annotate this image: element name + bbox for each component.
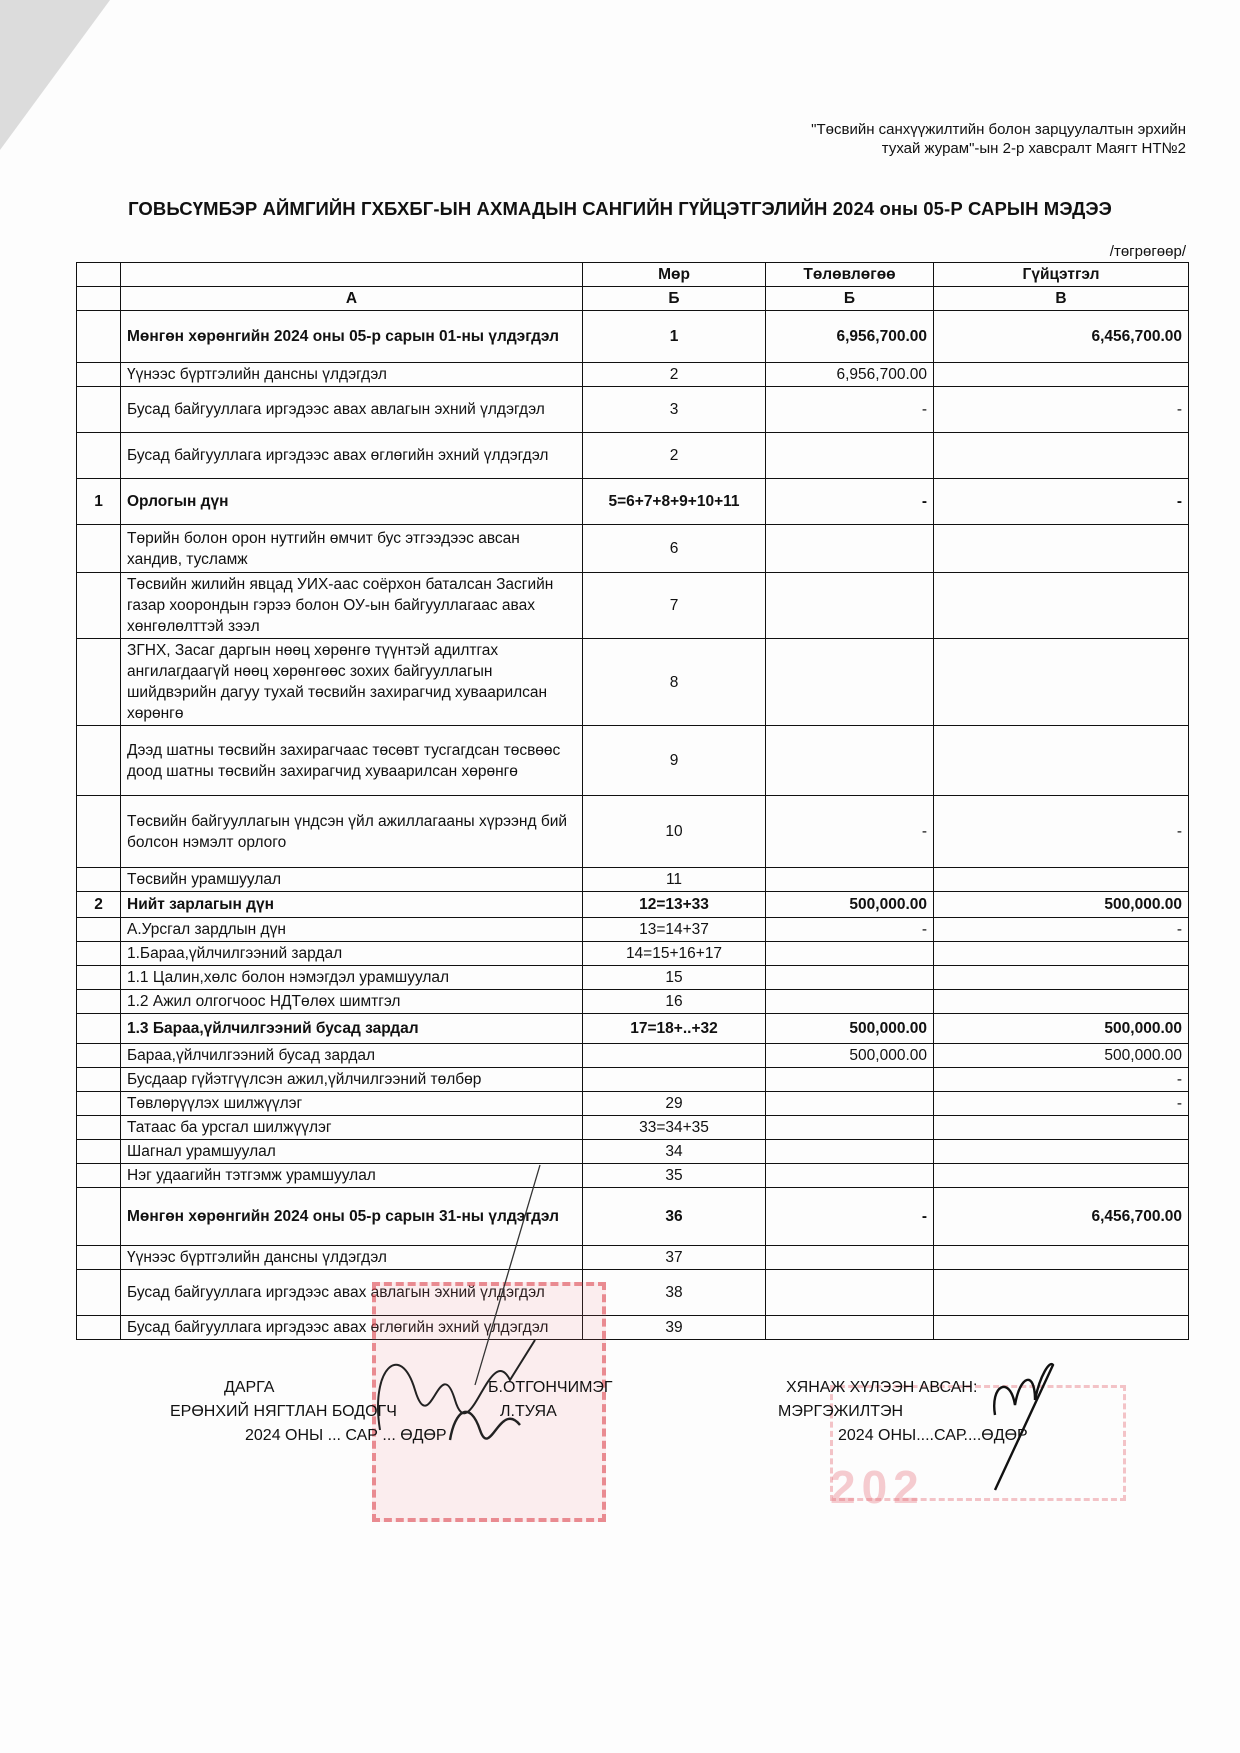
row-number xyxy=(77,966,121,990)
table-row: Дээд шатны төсвийн захирагчаас төсөвт ту… xyxy=(77,726,1189,796)
table-row: ЗГНХ, Засаг даргын нөөц хөрөнгө түүнтэй … xyxy=(77,639,1189,726)
actual-amount xyxy=(934,726,1189,796)
row-number xyxy=(77,639,121,726)
row-number xyxy=(77,387,121,433)
row-code xyxy=(583,1068,766,1092)
table-row: Төсвийн урамшуулал11 xyxy=(77,868,1189,892)
row-description: Төсвийн байгууллагын үндсэн үйл ажиллага… xyxy=(121,796,583,868)
row-code: 7 xyxy=(583,573,766,639)
actual-amount: - xyxy=(934,479,1189,525)
report-table: Мөр Төлөвлөгөө Гүйцэтгэл А Б Б В Мөнгөн … xyxy=(76,262,1189,1340)
header-plan: Төлөвлөгөө xyxy=(766,263,934,287)
row-code: 10 xyxy=(583,796,766,868)
row-number xyxy=(77,311,121,363)
actual-amount xyxy=(934,1316,1189,1340)
regulation-line-1: "Төсвийн санхүүжилтийн болон зарцуулалты… xyxy=(811,120,1186,139)
row-description: Бараа,үйлчилгээний бусад зардал xyxy=(121,1044,583,1068)
table-row: Бараа,үйлчилгээний бусад зардал500,000.0… xyxy=(77,1044,1189,1068)
row-code: 2 xyxy=(583,363,766,387)
table-row: Нэг удаагийн тэтгэмж урамшуулал35 xyxy=(77,1164,1189,1188)
row-number xyxy=(77,1246,121,1270)
row-number xyxy=(77,1092,121,1116)
plan-amount xyxy=(766,1270,934,1316)
actual-amount: 500,000.00 xyxy=(934,1014,1189,1044)
code-row: Б xyxy=(583,287,766,311)
plan-amount: 500,000.00 xyxy=(766,1044,934,1068)
plan-amount xyxy=(766,990,934,1014)
row-description: Нийт зарлагын дүн xyxy=(121,892,583,918)
table-row: 1.2 Ажил олгогчоос НДТөлөх шимтгэл16 xyxy=(77,990,1189,1014)
table-row: Мөнгөн хөрөнгийн 2024 оны 05-р сарын 31-… xyxy=(77,1188,1189,1246)
actual-amount xyxy=(934,966,1189,990)
row-number xyxy=(77,363,121,387)
row-description: 1.1 Цалин,хөлс болон нэмэгдэл урамшуулал xyxy=(121,966,583,990)
actual-amount xyxy=(934,868,1189,892)
plan-amount xyxy=(766,1316,934,1340)
actual-amount xyxy=(934,1246,1189,1270)
table-row: Үүнээс бүртгэлийн дансны үлдэгдэл37 xyxy=(77,1246,1189,1270)
row-description: Төсвийн жилийн явцад УИХ-аас соёрхон бат… xyxy=(121,573,583,639)
row-code: 36 xyxy=(583,1188,766,1246)
header-name xyxy=(121,263,583,287)
row-number xyxy=(77,1316,121,1340)
plan-amount xyxy=(766,868,934,892)
table-row: Мөнгөн хөрөнгийн 2024 оны 05-р сарын 01-… xyxy=(77,311,1189,363)
row-code: 5=6+7+8+9+10+11 xyxy=(583,479,766,525)
table-row: 2Нийт зарлагын дүн12=13+33500,000.00500,… xyxy=(77,892,1189,918)
plan-amount: 6,956,700.00 xyxy=(766,311,934,363)
actual-amount xyxy=(934,573,1189,639)
row-code: 35 xyxy=(583,1164,766,1188)
row-code: 12=13+33 xyxy=(583,892,766,918)
row-code: 29 xyxy=(583,1092,766,1116)
actual-amount: - xyxy=(934,387,1189,433)
row-description: 1.2 Ажил олгогчоос НДТөлөх шимтгэл xyxy=(121,990,583,1014)
row-description: Дээд шатны төсвийн захирагчаас төсөвт ту… xyxy=(121,726,583,796)
document-title: ГОВЬСҮМБЭР АЙМГИЙН ГХБХБГ-ЫН АХМАДЫН САН… xyxy=(0,198,1240,220)
row-code: 34 xyxy=(583,1140,766,1164)
code-plan: Б xyxy=(766,287,934,311)
received-label: ХЯНАЖ ХҮЛЭЭН АВСАН: xyxy=(786,1376,977,1400)
table-row: 1Орлогын дүн5=6+7+8+9+10+11-- xyxy=(77,479,1189,525)
row-code: 37 xyxy=(583,1246,766,1270)
row-description: Бусад байгууллага иргэдээс авах авлагын … xyxy=(121,387,583,433)
specialist-signature-icon xyxy=(985,1355,1065,1495)
actual-amount xyxy=(934,525,1189,573)
row-number xyxy=(77,1116,121,1140)
actual-amount xyxy=(934,1270,1189,1316)
actual-amount: 6,456,700.00 xyxy=(934,311,1189,363)
signature-stroke-icon xyxy=(470,1160,550,1390)
row-number: 1 xyxy=(77,479,121,525)
plan-amount xyxy=(766,639,934,726)
row-code: 6 xyxy=(583,525,766,573)
row-number xyxy=(77,1164,121,1188)
row-description: ЗГНХ, Засаг даргын нөөц хөрөнгө түүнтэй … xyxy=(121,639,583,726)
row-number xyxy=(77,525,121,573)
row-number xyxy=(77,433,121,479)
header-row: Мөр xyxy=(583,263,766,287)
row-number xyxy=(77,918,121,942)
regulation-reference: "Төсвийн санхүүжилтийн болон зарцуулалты… xyxy=(811,120,1186,158)
table-row: 1.3 Бараа,үйлчилгээний бусад зардал17=18… xyxy=(77,1014,1189,1044)
row-number xyxy=(77,1270,121,1316)
plan-amount: - xyxy=(766,1188,934,1246)
row-description: Төвлөрүүлэх шилжүүлэг xyxy=(121,1092,583,1116)
plan-amount xyxy=(766,1246,934,1270)
table-row: 1.Бараа,үйлчилгээний зардал14=15+16+17 xyxy=(77,942,1189,966)
plan-amount xyxy=(766,1164,934,1188)
table-row: Бусад байгууллага иргэдээс авах авлагын … xyxy=(77,387,1189,433)
code-num xyxy=(77,287,121,311)
row-number: 2 xyxy=(77,892,121,918)
row-code: 33=34+35 xyxy=(583,1116,766,1140)
received-stamp-date: 202 xyxy=(830,1460,925,1514)
actual-amount: - xyxy=(934,918,1189,942)
plan-amount xyxy=(766,525,934,573)
row-code: 8 xyxy=(583,639,766,726)
code-actual: В xyxy=(934,287,1189,311)
table-row: Төсвийн жилийн явцад УИХ-аас соёрхон бат… xyxy=(77,573,1189,639)
table-row: А.Урсгал зардлын дүн13=14+37-- xyxy=(77,918,1189,942)
plan-amount xyxy=(766,1092,934,1116)
actual-amount: 500,000.00 xyxy=(934,1044,1189,1068)
plan-amount xyxy=(766,942,934,966)
actual-amount xyxy=(934,433,1189,479)
plan-amount: - xyxy=(766,796,934,868)
row-number xyxy=(77,573,121,639)
row-number xyxy=(77,990,121,1014)
row-number xyxy=(77,1014,121,1044)
row-code: 17=18+..+32 xyxy=(583,1014,766,1044)
actual-amount xyxy=(934,363,1189,387)
plan-amount: - xyxy=(766,387,934,433)
row-description: Бусад байгууллага иргэдээс авах өглөгийн… xyxy=(121,433,583,479)
actual-amount: 500,000.00 xyxy=(934,892,1189,918)
plan-amount: 500,000.00 xyxy=(766,1014,934,1044)
row-description: Төрийн болон орон нутгийн өмчит бус этгэ… xyxy=(121,525,583,573)
plan-amount xyxy=(766,726,934,796)
table-row: Төсвийн байгууллагын үндсэн үйл ажиллага… xyxy=(77,796,1189,868)
table-row: Татаас ба урсгал шилжүүлэг33=34+35 xyxy=(77,1116,1189,1140)
row-description: Мөнгөн хөрөнгийн 2024 оны 05-р сарын 01-… xyxy=(121,311,583,363)
plan-amount xyxy=(766,1068,934,1092)
row-number xyxy=(77,726,121,796)
currency-unit-label: /төгрөгөөр/ xyxy=(1110,243,1186,260)
row-code: 16 xyxy=(583,990,766,1014)
row-code: 13=14+37 xyxy=(583,918,766,942)
table-row: Шагнал урамшуулал34 xyxy=(77,1140,1189,1164)
plan-amount: - xyxy=(766,479,934,525)
row-number xyxy=(77,1140,121,1164)
plan-amount: 6,956,700.00 xyxy=(766,363,934,387)
row-code: 38 xyxy=(583,1270,766,1316)
row-number xyxy=(77,942,121,966)
table-code-row: А Б Б В xyxy=(77,287,1189,311)
row-description: 1.Бараа,үйлчилгээний зардал xyxy=(121,942,583,966)
page-corner-fold xyxy=(0,0,110,150)
row-code: 14=15+16+17 xyxy=(583,942,766,966)
plan-amount xyxy=(766,573,934,639)
row-code xyxy=(583,1044,766,1068)
row-code: 2 xyxy=(583,433,766,479)
table-row: Бусад байгууллага иргэдээс авах авлагын … xyxy=(77,1270,1189,1316)
header-actual: Гүйцэтгэл xyxy=(934,263,1189,287)
actual-amount xyxy=(934,639,1189,726)
table-row: Бусдаар гүйэтгүүлсэн ажил,үйлчилгээний т… xyxy=(77,1068,1189,1092)
actual-amount xyxy=(934,942,1189,966)
actual-amount xyxy=(934,990,1189,1014)
plan-amount xyxy=(766,1140,934,1164)
row-code: 11 xyxy=(583,868,766,892)
row-description: 1.3 Бараа,үйлчилгээний бусад зардал xyxy=(121,1014,583,1044)
row-code: 15 xyxy=(583,966,766,990)
plan-amount xyxy=(766,1116,934,1140)
row-number xyxy=(77,868,121,892)
table-row: 1.1 Цалин,хөлс болон нэмэгдэл урамшуулал… xyxy=(77,966,1189,990)
row-description: Бусдаар гүйэтгүүлсэн ажил,үйлчилгээний т… xyxy=(121,1068,583,1092)
table-row: Бусад байгууллага иргэдээс авах өглөгийн… xyxy=(77,433,1189,479)
actual-amount xyxy=(934,1164,1189,1188)
regulation-line-2: тухай журам"-ын 2-р хавсралт Маягт НТ№2 xyxy=(811,139,1186,158)
code-name: А xyxy=(121,287,583,311)
actual-amount xyxy=(934,1116,1189,1140)
table-row: Төрийн болон орон нутгийн өмчит бус этгэ… xyxy=(77,525,1189,573)
actual-amount: - xyxy=(934,1092,1189,1116)
row-number xyxy=(77,1068,121,1092)
row-description: А.Урсгал зардлын дүн xyxy=(121,918,583,942)
row-code: 9 xyxy=(583,726,766,796)
row-code: 3 xyxy=(583,387,766,433)
plan-amount: - xyxy=(766,918,934,942)
row-code: 1 xyxy=(583,311,766,363)
header-num xyxy=(77,263,121,287)
plan-amount: 500,000.00 xyxy=(766,892,934,918)
table-row: Төвлөрүүлэх шилжүүлэг29- xyxy=(77,1092,1189,1116)
role-specialist: МЭРГЭЖИЛТЭН xyxy=(778,1400,903,1424)
table-row: Үүнээс бүртгэлийн дансны үлдэгдэл26,956,… xyxy=(77,363,1189,387)
row-description: Үүнээс бүртгэлийн дансны үлдэгдэл xyxy=(121,363,583,387)
row-number xyxy=(77,1044,121,1068)
actual-amount: - xyxy=(934,796,1189,868)
row-description: Татаас ба урсгал шилжүүлэг xyxy=(121,1116,583,1140)
role-director: ДАРГА xyxy=(224,1376,274,1400)
row-description: Төсвийн урамшуулал xyxy=(121,868,583,892)
table-header-row: Мөр Төлөвлөгөө Гүйцэтгэл xyxy=(77,263,1189,287)
row-number xyxy=(77,796,121,868)
actual-amount: - xyxy=(934,1068,1189,1092)
row-number xyxy=(77,1188,121,1246)
row-description: Орлогын дүн xyxy=(121,479,583,525)
actual-amount: 6,456,700.00 xyxy=(934,1188,1189,1246)
plan-amount xyxy=(766,433,934,479)
actual-amount xyxy=(934,1140,1189,1164)
row-code: 39 xyxy=(583,1316,766,1340)
table-row: Бусад байгууллага иргэдээс авах өглөгийн… xyxy=(77,1316,1189,1340)
plan-amount xyxy=(766,966,934,990)
